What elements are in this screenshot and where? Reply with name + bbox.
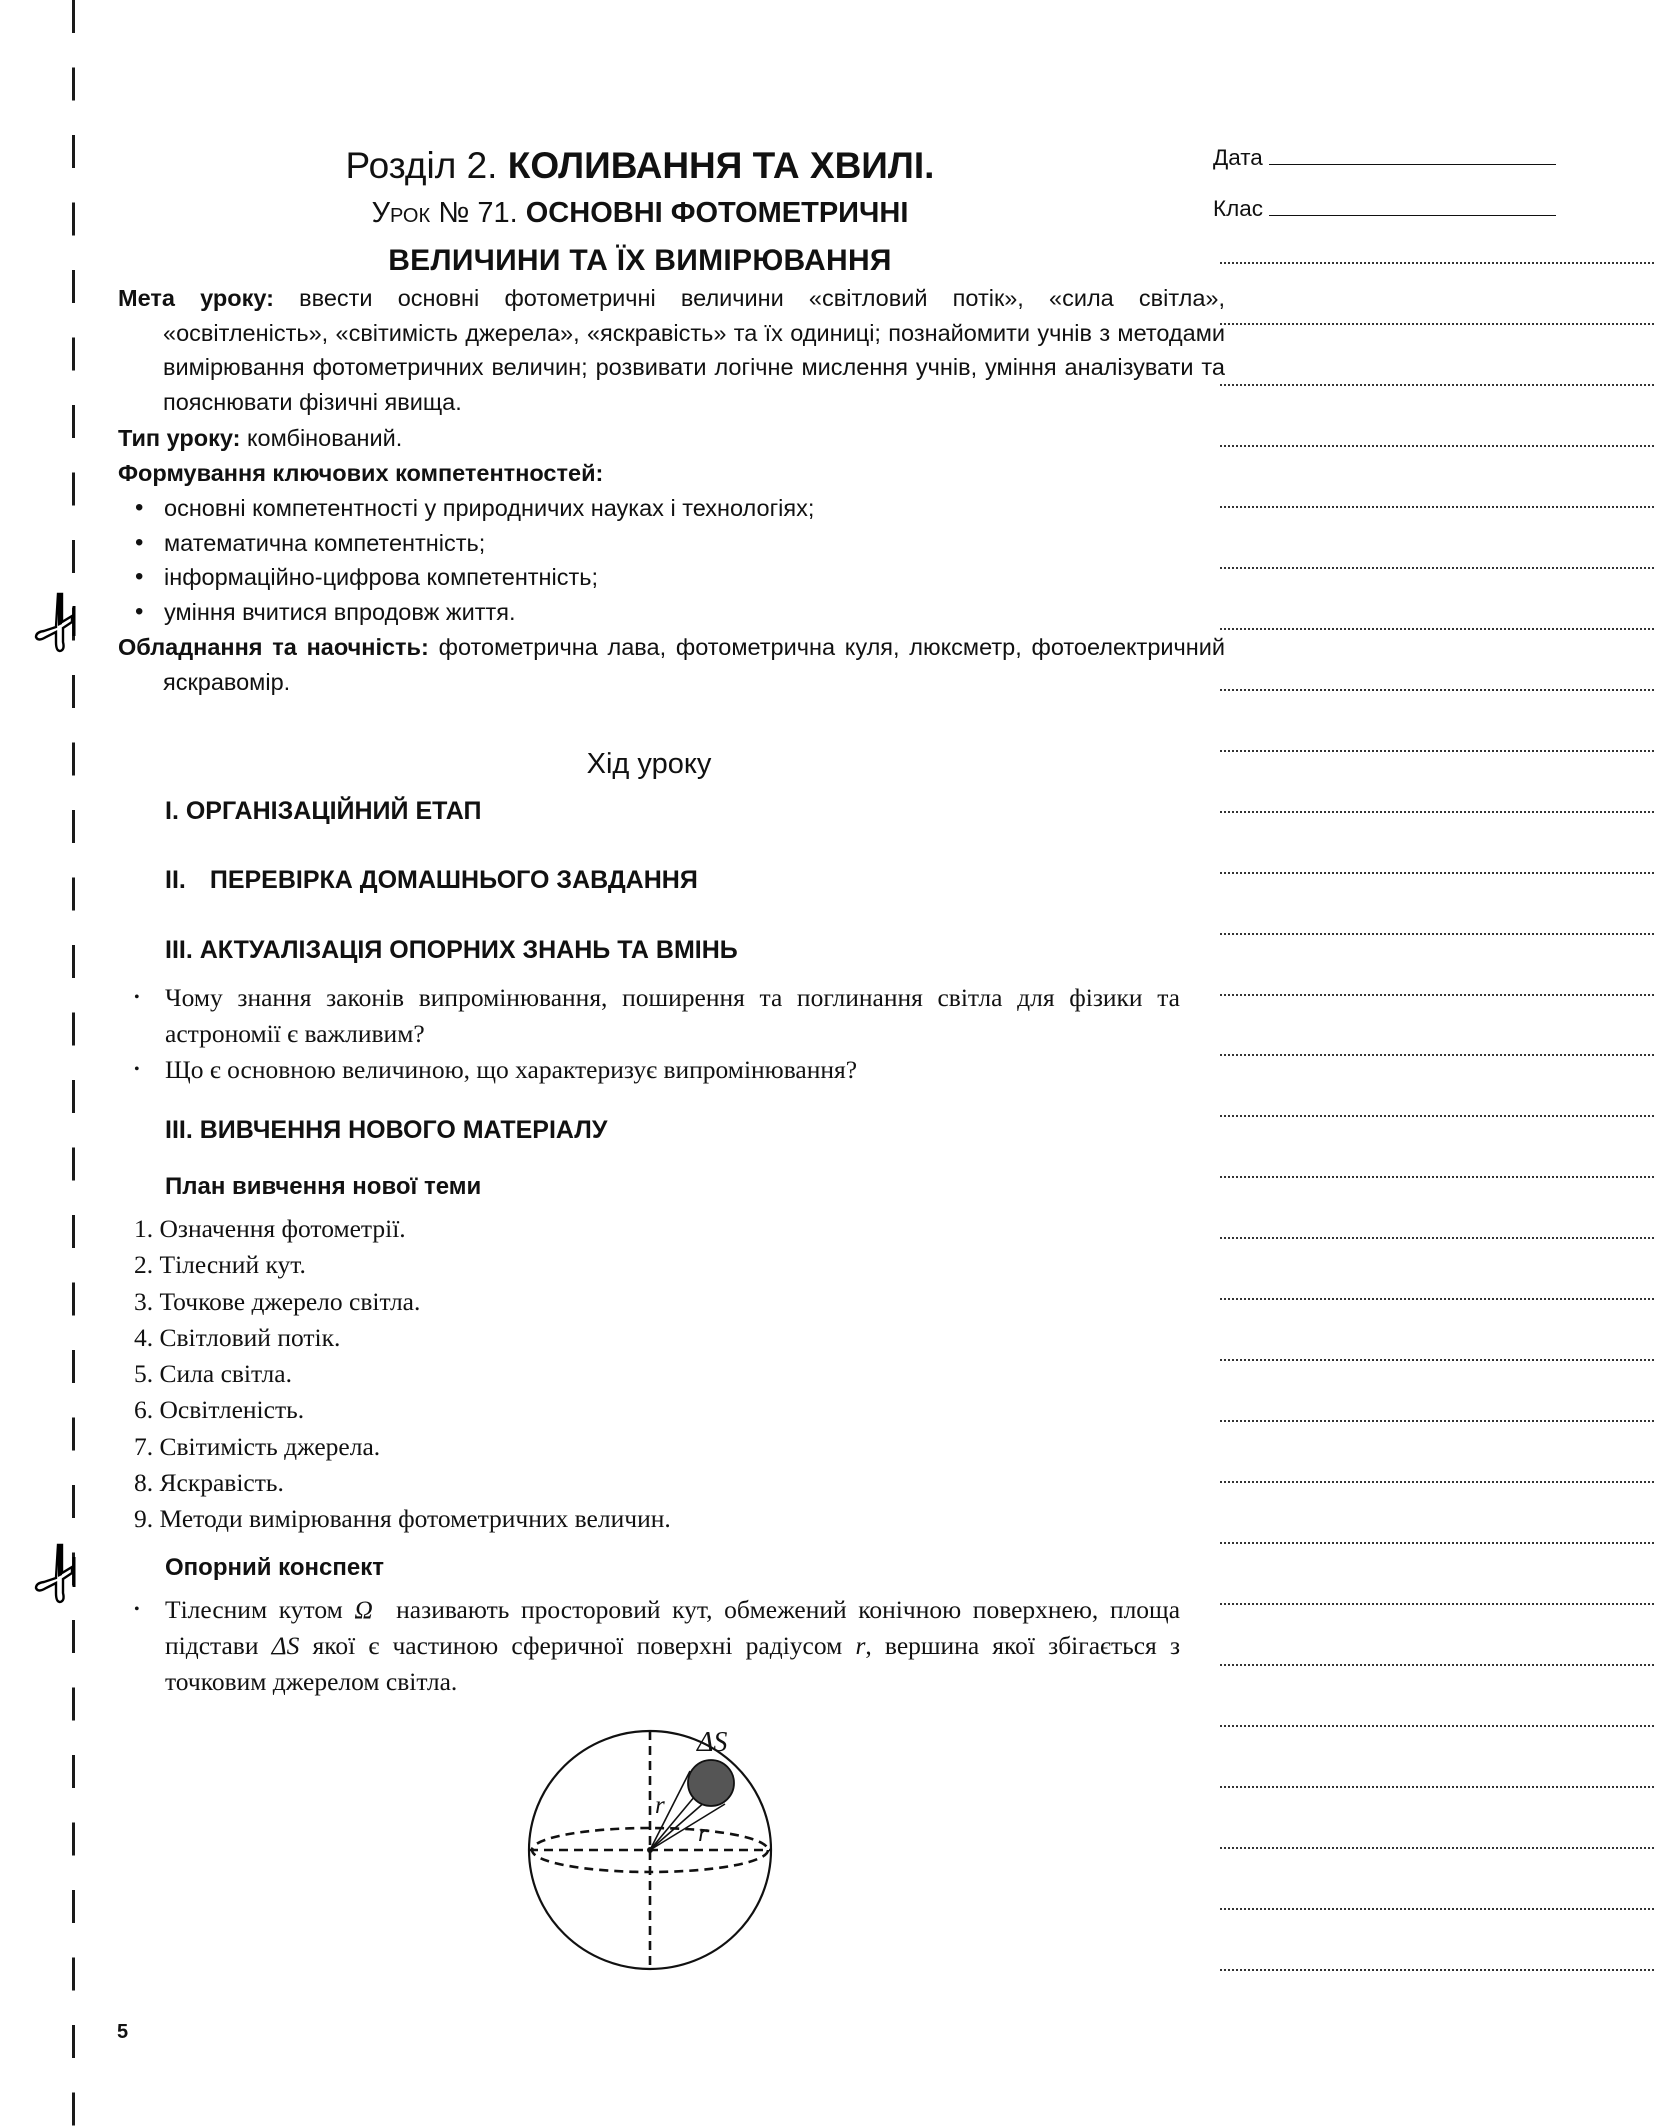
list-item: 8. Яскравість. bbox=[134, 1465, 671, 1501]
list-item: 1. Означення фотометрії. bbox=[134, 1211, 671, 1247]
equipment-label: Обладнання та наочність: bbox=[118, 634, 429, 660]
summary-list: Тілесним кутом Ω називають просторовий к… bbox=[134, 1592, 1180, 1701]
note-line[interactable] bbox=[1220, 1786, 1654, 1788]
list-item: інформаційно-цифрова компетентність; bbox=[118, 560, 1180, 595]
delta-s-area bbox=[688, 1760, 734, 1806]
class-field[interactable]: Клас bbox=[1213, 196, 1556, 222]
lesson-title-line2: ВЕЛИЧИНИ ТА ЇХ ВИМІРЮВАННЯ bbox=[200, 240, 1080, 282]
list-item: 6. Освітленість. bbox=[134, 1392, 671, 1428]
note-line[interactable] bbox=[1220, 1847, 1654, 1849]
date-field[interactable]: Дата bbox=[1213, 145, 1556, 171]
note-line[interactable] bbox=[1220, 1298, 1654, 1300]
lesson-prefix: Урок № 71. bbox=[372, 197, 518, 229]
list-item: 7. Світимість джерела. bbox=[134, 1429, 671, 1465]
note-line[interactable] bbox=[1220, 933, 1654, 935]
note-line[interactable] bbox=[1220, 445, 1654, 447]
stage-knowledge-update: III. АКТУАЛІЗАЦІЯ ОПОРНИХ ЗНАНЬ ТА ВМІНЬ bbox=[165, 936, 738, 965]
goal-label: Мета уроку: bbox=[118, 285, 274, 311]
date-label: Дата bbox=[1213, 145, 1263, 170]
note-line[interactable] bbox=[1220, 1603, 1654, 1605]
radius-label-2: r bbox=[698, 1820, 708, 1847]
note-line[interactable] bbox=[1220, 1542, 1654, 1544]
note-line[interactable] bbox=[1220, 872, 1654, 874]
list-item: 9. Методи вимірювання фотометричних вели… bbox=[134, 1501, 671, 1537]
note-line[interactable] bbox=[1220, 1359, 1654, 1361]
note-line[interactable] bbox=[1220, 323, 1654, 325]
plan-title: План вивчення нової теми bbox=[165, 1173, 481, 1201]
radius-label-1: r bbox=[655, 1792, 665, 1819]
note-line[interactable] bbox=[1220, 1054, 1654, 1056]
note-line[interactable] bbox=[1220, 1481, 1654, 1483]
note-line[interactable] bbox=[1220, 628, 1654, 630]
note-line[interactable] bbox=[1220, 994, 1654, 996]
list-item: Що є основною величиною, що характеризує… bbox=[134, 1052, 1180, 1088]
note-line[interactable] bbox=[1220, 1115, 1654, 1117]
section-heading: Розділ 2. КОЛИВАННЯ ТА ХВИЛІ. bbox=[200, 143, 1080, 189]
summary-title: Опорний конспект bbox=[165, 1554, 384, 1582]
list-item: 2. Тілесний кут. bbox=[134, 1247, 671, 1283]
note-line[interactable] bbox=[1220, 1176, 1654, 1178]
note-line[interactable] bbox=[1220, 811, 1654, 813]
list-item: Чому знання законів випромінювання, поши… bbox=[134, 980, 1180, 1052]
list-item: уміння вчитися впродовж життя. bbox=[118, 595, 1180, 630]
plan-list: 1. Означення фотометрії.2. Тілесний кут.… bbox=[134, 1211, 671, 1538]
lesson-title-line1: ОСНОВНІ ФОТОМЕТРИЧНІ bbox=[526, 197, 909, 229]
note-line[interactable] bbox=[1220, 1969, 1654, 1971]
list-item: 5. Сила світла. bbox=[134, 1356, 671, 1392]
goal-text: ввести основні фотометричні величини «св… bbox=[163, 285, 1225, 415]
lesson-type-label: Тип уроку: bbox=[118, 425, 240, 451]
equipment: Обладнання та наочність: фотометрична ла… bbox=[118, 630, 1225, 699]
lesson-goal: Мета уроку: ввести основні фотометричні … bbox=[118, 281, 1225, 419]
competences-label: Формування ключових компетентностей: bbox=[118, 456, 1180, 491]
stage-new-material: III. ВИВЧЕННЯ НОВОГО МАТЕРІАЛУ bbox=[165, 1116, 607, 1145]
section-prefix: Розділ 2. bbox=[346, 145, 498, 186]
stage-homework-check: II.ПЕРЕВІРКА ДОМАШНЬОГО ЗАВДАННЯ bbox=[165, 866, 698, 895]
lesson-type: Тип уроку: комбінований. bbox=[118, 421, 1180, 456]
date-input-line[interactable] bbox=[1269, 146, 1556, 165]
scissors-icon bbox=[32, 1543, 78, 1605]
note-line[interactable] bbox=[1220, 567, 1654, 569]
lesson-heading: Урок № 71. ОСНОВНІ ФОТОМЕТРИЧНІ bbox=[200, 193, 1080, 233]
list-item: математична компетентність; bbox=[118, 526, 1180, 561]
note-line[interactable] bbox=[1220, 750, 1654, 752]
class-label: Клас bbox=[1213, 196, 1263, 221]
delta-s-symbol: ΔS bbox=[272, 1631, 300, 1660]
note-line[interactable] bbox=[1220, 262, 1654, 264]
radius-symbol: r bbox=[855, 1631, 865, 1660]
solid-angle-diagram: ΔS r r bbox=[515, 1715, 795, 1985]
lesson-type-text: комбінований. bbox=[247, 425, 402, 451]
lesson-flow-title: Хід уроку bbox=[118, 748, 1180, 781]
questions-list: Чому знання законів випромінювання, поши… bbox=[134, 980, 1180, 1089]
note-line[interactable] bbox=[1220, 1908, 1654, 1910]
section-title: КОЛИВАННЯ ТА ХВИЛІ. bbox=[508, 145, 935, 186]
note-line[interactable] bbox=[1220, 1725, 1654, 1727]
note-line[interactable] bbox=[1220, 506, 1654, 508]
note-line[interactable] bbox=[1220, 1664, 1654, 1666]
omega-symbol: Ω bbox=[354, 1595, 372, 1624]
list-item: Тілесним кутом Ω називають просторовий к… bbox=[134, 1592, 1180, 1701]
note-line[interactable] bbox=[1220, 689, 1654, 691]
note-line[interactable] bbox=[1220, 384, 1654, 386]
delta-s-label: ΔS bbox=[696, 1727, 727, 1758]
page-number: 5 bbox=[117, 2021, 128, 2044]
note-line[interactable] bbox=[1220, 1237, 1654, 1239]
list-item: 4. Світловий потік. bbox=[134, 1320, 671, 1356]
point-source bbox=[648, 1848, 653, 1853]
competences-list: основні компетентності у природничих нау… bbox=[118, 491, 1180, 629]
stage-organizational: I. ОРГАНІЗАЦІЙНИЙ ЕТАП bbox=[165, 797, 482, 826]
list-item: 3. Точкове джерело світла. bbox=[134, 1284, 671, 1320]
cut-line bbox=[72, 0, 75, 2126]
list-item: основні компетентності у природничих нау… bbox=[118, 491, 1180, 526]
scissors-icon bbox=[32, 592, 78, 654]
note-line[interactable] bbox=[1220, 1420, 1654, 1422]
class-input-line[interactable] bbox=[1269, 197, 1556, 216]
